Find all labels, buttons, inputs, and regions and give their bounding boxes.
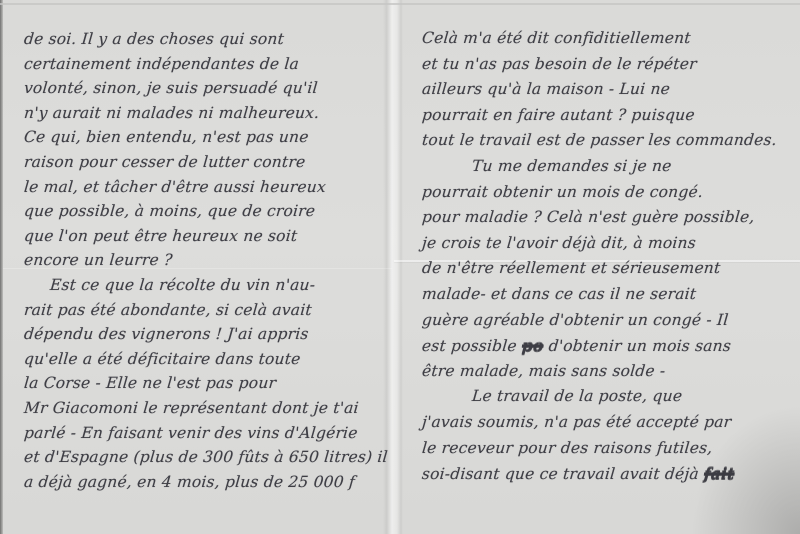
handwriting-line: que l'on peut être heureux ne soit [23, 224, 391, 249]
handwriting-line: que possible, à moins, que de croire [23, 199, 391, 224]
handwriting-line: raison pour cesser de lutter contre [23, 150, 391, 175]
handwriting-line: pourrait en faire autant ? puisque [421, 103, 797, 129]
handwriting-line: volonté, sinon, je suis persuadé qu'il [23, 76, 391, 101]
line-text: soi-disant que ce travail avait déjà [421, 465, 705, 483]
handwriting-line: Est ce que la récolte du vin n'au- [23, 273, 391, 298]
line-text: d'obtenir un mois sans [543, 337, 732, 355]
letter-scan-background: de soi. Il y a des choses qui sont certa… [0, 0, 800, 534]
handwriting-line: malade- et dans ce cas il ne serait [421, 282, 797, 308]
handwriting-line-with-strikethrough: est possible po d'obtenir un mois sans [421, 333, 797, 359]
handwriting-line: encore un leurre ? [23, 248, 391, 273]
handwriting-line: je crois te l'avoir déjà dit, à moins [421, 231, 797, 257]
handwriting-line: être malade, mais sans solde - [421, 359, 797, 385]
handwriting-line: a déjà gagné, en 4 mois, plus de 25 000 … [23, 470, 391, 495]
handwriting-line: pourrait obtenir un mois de congé. [421, 180, 797, 206]
handwriting-line: rait pas été abondante, si celà avait [23, 298, 391, 323]
line-text: est possible [421, 337, 523, 355]
handwriting-line: et tu n'as pas besoin de le répéter [421, 52, 797, 78]
handwriting-line: parlé - En faisant venir des vins d'Algé… [23, 421, 391, 446]
letter-page-left: de soi. Il y a des choses qui sont certa… [0, 0, 392, 534]
handwriting-line: la Corse - Elle ne l'est pas pour [23, 371, 391, 396]
struck-word: po [521, 336, 544, 355]
handwriting-line: n'y aurait ni malades ni malheureux. [23, 101, 391, 126]
handwriting-line: Mr Giacomoni le représentant dont je t'a… [23, 396, 391, 421]
handwriting-line: guère agréable d'obtenir un congé - Il [421, 308, 797, 334]
handwriting-line: qu'elle a été déficitaire dans toute [23, 347, 391, 372]
handwriting-line: et d'Espagne (plus de 300 fûts à 650 lit… [23, 445, 391, 470]
handwriting-line: le mal, et tâcher d'être aussi heureux [23, 175, 391, 200]
handwriting-line: tout le travail est de passer les comman… [421, 128, 797, 154]
scan-corner-shadow [690, 404, 800, 534]
handwriting-line: pour maladie ? Celà n'est guère possible… [421, 205, 797, 231]
handwriting-line: dépendu des vignerons ! J'ai appris [23, 322, 391, 347]
handwriting-line: Tu me demandes si je ne [421, 154, 797, 180]
handwriting-line: de n'être réellement et sérieusement [421, 256, 797, 282]
handwriting-line: ailleurs qu'à la maison - Lui ne [421, 77, 797, 103]
handwriting-line: de soi. Il y a des choses qui sont [23, 27, 391, 52]
handwriting-line: Ce qui, bien entendu, n'est pas une [23, 125, 391, 150]
handwriting-line: Celà m'a été dit confiditiellement [421, 26, 797, 52]
scan-top-edge-line [0, 3, 800, 5]
handwriting-line: certainement indépendantes de la [23, 52, 391, 77]
scan-left-edge-shadow [0, 0, 3, 534]
